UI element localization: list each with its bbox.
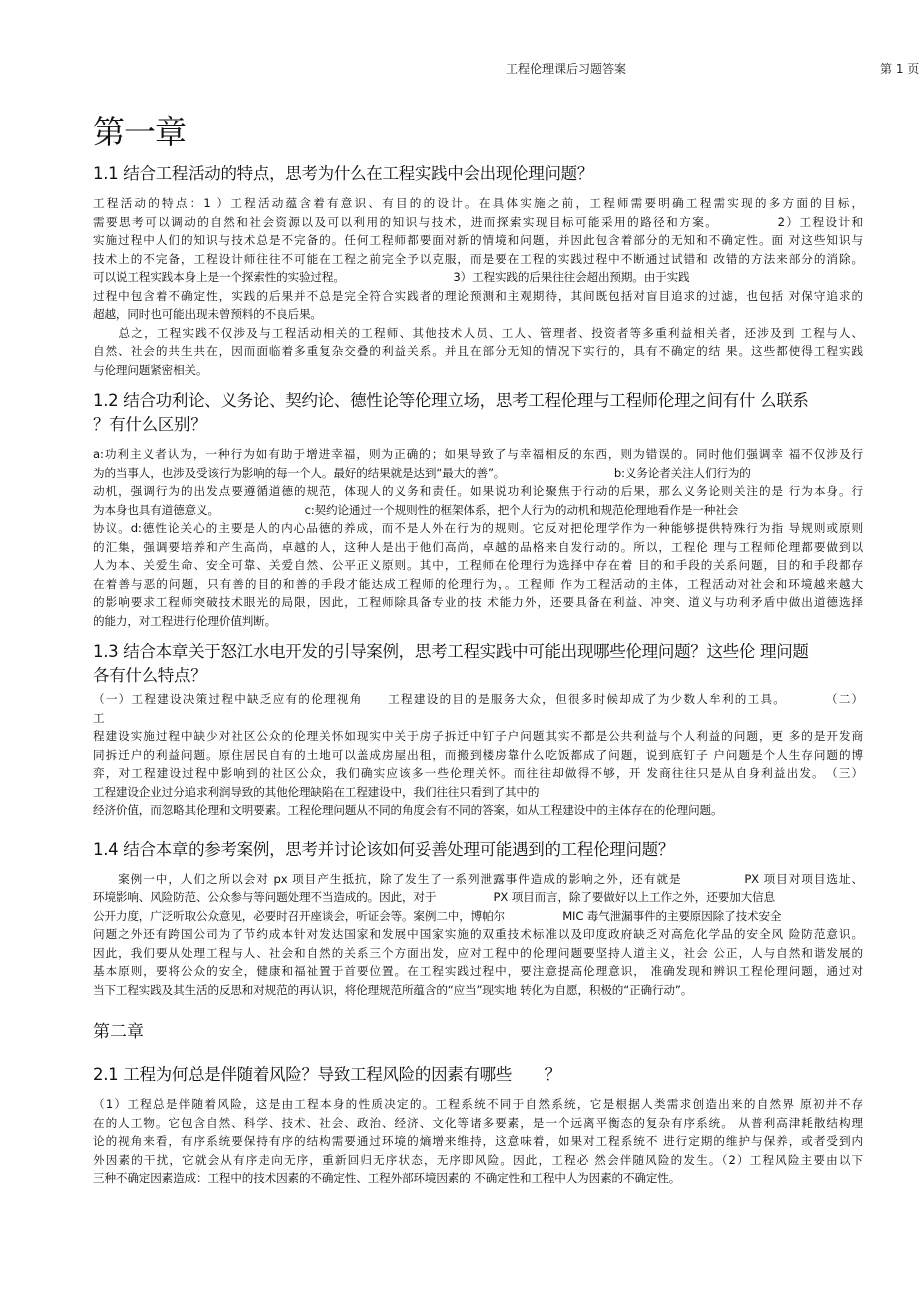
text-line: 为的当事人，也涉及受该行为影响的每一个人。最好的结果就是达到“最大的善”。 b:… <box>93 464 863 483</box>
text-line: 工程活动的特点：1 ）工程活动蕴含着有意识、有目的的设计。在具体实施之前，工程师… <box>93 194 863 213</box>
question-line: 1.3 结合本章关于怒江水电开发的引导案例，思考工程实践中可能出现哪些伦理问题？… <box>93 640 863 664</box>
text-line: 协议。d:德性论关心的主要是人的内心品德的养成，而不是人外在行为的规则。它反对把… <box>93 519 863 538</box>
text-line: 动机，强调行为的出发点要遵循道德的规范，体现人的义务和责任。如果说功利论聚焦于行… <box>93 482 863 501</box>
text-line: 公开力度，广泛听取公众意见，必要时召开座谈会，听证会等。案例二中，博帕尔 MIC… <box>93 907 863 926</box>
text-line: 同拆迁户的利益问题。原住居民自有的土地可以盖成房屋出租，而搬到楼房靠什么吃饭都成… <box>93 746 863 765</box>
text-line: 案例一中，人们之所以会对 px 项目产生抵抗，除了发生了一系列泄露事件造成的影响… <box>93 870 863 889</box>
text-line: 三种不确定因素造成：工程中的技术因素的不确定性、工程外部环境因素的 不确定性和工… <box>93 1169 863 1188</box>
page-header: 工程伦理课后习题答案 第 1 页 <box>0 60 920 80</box>
text-line: 与伦理问题紧密相关。 <box>93 361 863 380</box>
text-line: 自然、社会的共生共在，因而面临着多重复杂交叠的利益关系。并且在部分无知的情况下实… <box>93 342 863 361</box>
text-line: 为本身也具有道德意义。 c:契约论通过一个规则性的框架体系，把个人行为的动机和规… <box>93 501 863 520</box>
text-line: 在的人工物。它包含自然、科学、技术、社会、政治、经济、文化等诸多要素，是一个远离… <box>93 1114 863 1133</box>
question-1-1: 1.1 结合工程活动的特点，思考为什么在工程实践中会出现伦理问题？ <box>93 162 863 186</box>
text-line: 技术上的不完备，工程设计师往往不可能在工程之前完全予以克服，而是要在工程的实践过… <box>93 250 863 269</box>
page-number: 第 1 页 <box>880 60 919 77</box>
text-line: 经济价值，而忽略其伦理和文明要素。工程伦理问题从不同的角度会有不同的答案，如从工… <box>93 801 863 820</box>
text-line: （1）工程总是伴随着风险，这是由工程本身的性质决定的。工程系统不同于自然系统，它… <box>93 1095 863 1114</box>
text-line: 总之，工程实践不仅涉及与工程活动相关的工程师、其他技术人员、工人、管理者、投资者… <box>93 324 863 343</box>
question-1-2: 1.2 结合功利论、义务论、契约论、德性论等伦理立场，思考工程伦理与工程师伦理之… <box>93 389 863 437</box>
text-line: 工 <box>93 709 863 728</box>
text-line: 人为本、关爱生命、安全可靠、关爱自然、公平正义原则。其中，工程师在伦理行为选择中… <box>93 556 863 575</box>
text-line: 论的视角来看，有序系统要保持有序的结构需要通过环境的熵增来维持，这意味着，如果对… <box>93 1132 863 1151</box>
answer-1-2: a:功利主义者认为，一种行为如有助于增进幸福，则为正确的；如果导致了与幸福相反的… <box>93 445 863 630</box>
text-line: 当下工程实践及其生活的反思和对规范的再认识，将伦理规范所蕴含的“应当”现实地 转… <box>93 981 863 1000</box>
chapter-1-title: 第一章 <box>93 112 863 152</box>
question-line: 1.2 结合功利论、义务论、契约论、德性论等伦理立场，思考工程伦理与工程师伦理之… <box>93 389 863 413</box>
text-line: 可以说工程实践本身上是一个探索性的实验过程。 3）工程实践的后果往往会超出预期。… <box>93 268 863 287</box>
answer-1-1: 工程活动的特点：1 ）工程活动蕴含着有意识、有目的的设计。在具体实施之前，工程师… <box>93 194 863 379</box>
text-line: 外因素的干扰，它就会从有序走向无序，重新回归无序状态，无序即风险。因此，工程必 … <box>93 1151 863 1170</box>
text-line: 问题之外还有跨国公司为了节约成本针对发达国家和发展中国家实施的双重技术标准以及印… <box>93 925 863 944</box>
text-line: 的影响要求工程师突破技术眼光的局限，因此，工程师除具备专业的技 术能力外，还要具… <box>93 593 863 612</box>
text-line: 实施过程中人们的知识与技术总是不完备的。任何工程师都要面对新的情境和问题，并因此… <box>93 231 863 250</box>
answer-2-1: （1）工程总是伴随着风险，这是由工程本身的性质决定的。工程系统不同于自然系统，它… <box>93 1095 863 1188</box>
text-line: （一）工程建设决策过程中缺乏应有的伦理视角 工程建设的目的是服务大众，但很多时候… <box>93 690 863 709</box>
question-line: 各有什么特点？ <box>93 664 863 688</box>
answer-1-3: （一）工程建设决策过程中缺乏应有的伦理视角 工程建设的目的是服务大众，但很多时候… <box>93 690 863 820</box>
question-1-3: 1.3 结合本章关于怒江水电开发的引导案例，思考工程实践中可能出现哪些伦理问题？… <box>93 640 863 688</box>
question-2-1: 2.1 工程为何总是伴随着风险？导致工程风险的因素有哪些 ？ <box>93 1063 863 1087</box>
question-1-4: 1.4 结合本章的参考案例，思考并讨论该如何妥善处理可能遇到的工程伦理问题？ <box>93 838 863 862</box>
text-line: 基本原则，要将公众的安全，健康和福祉置于首要位置。在工程实践过程中，要注意提高伦… <box>93 962 863 981</box>
text-line: 超越，同时也可能出现未曾预料的不良后果。 <box>93 305 863 324</box>
text-line: 过程中包含着不确定性，实践的后果并不总是完全符合实践者的理论预测和主观期待，其间… <box>93 287 863 306</box>
chapter-2-title: 第二章 <box>93 1021 863 1043</box>
document-body: 第一章 1.1 结合工程活动的特点，思考为什么在工程实践中会出现伦理问题？ 工程… <box>93 100 863 1188</box>
text-line: 的汇集，强调要培养和产生高尚，卓越的人，这种人是出于他们高尚，卓越的品格来自发行… <box>93 538 863 557</box>
text-line: 弈，对工程建设过程中影响到的社区公众，我们确实应该多一些伦理关怀。而往往却做得不… <box>93 764 863 783</box>
text-line: 在着善与恶的问题，只有善的目的和善的手段才能达成工程师的伦理行为，。工程师 作为… <box>93 575 863 594</box>
question-line: ？有什么区别？ <box>93 413 863 437</box>
text-line: 工程建设企业过分追求利润导致的其他伦理缺陷在工程建设中，我们往往只看到了其中的 <box>93 783 863 802</box>
text-line: 需要思考可以调动的自然和社会资源以及可以利用的知识与技术，进而探索实现目标可能采… <box>93 213 863 232</box>
document-title: 工程伦理课后习题答案 <box>506 60 626 77</box>
text-line: 的能力，对工程进行伦理价值判断。 <box>93 612 863 631</box>
text-line: 因此，我们要从处理工程与人、社会和自然的关系三个方面出发，应对工程中的伦理问题要… <box>93 944 863 963</box>
text-line: 环境影响、风险防范、公众参与等问题处理不当造成的。因此，对于 PX 项目而言，除… <box>93 888 863 907</box>
text-line: a:功利主义者认为，一种行为如有助于增进幸福，则为正确的；如果导致了与幸福相反的… <box>93 445 863 464</box>
answer-1-4: 案例一中，人们之所以会对 px 项目产生抵抗，除了发生了一系列泄露事件造成的影响… <box>93 870 863 1000</box>
text-line: 程建设实施过程中缺少对社区公众的伦理关怀如现实中关于房子拆迁中钉子户问题其实不都… <box>93 727 863 746</box>
